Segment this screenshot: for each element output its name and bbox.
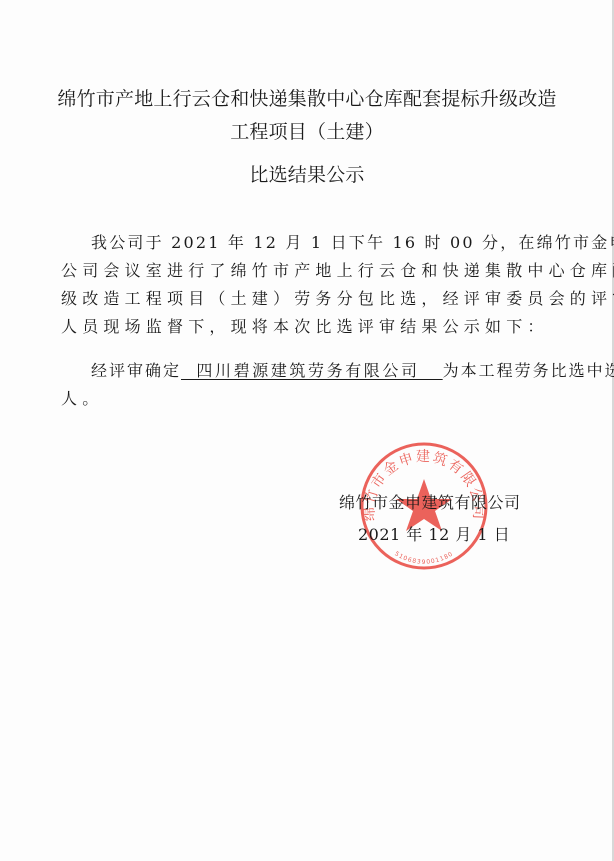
- result-prefix: 经评审确定: [91, 361, 181, 380]
- paragraph2-line1: 经评审确定 四川碧源建筑劳务有限公司 为本工程劳务比选中选: [91, 358, 577, 381]
- paragraph1-line1: 我公司于 2021 年 12 月 1 日下午 16 时 00 分，在绵竹市金申建…: [91, 230, 577, 253]
- signature-date: 2021 年 12 月 1 日: [358, 522, 510, 545]
- paragraph1-line4: 人员现场监督下，现将本次比选评审结果公示如下：: [61, 314, 547, 337]
- document-title-line2: 工程项目（土建）: [0, 117, 614, 144]
- winner-company: 四川碧源建筑劳务有限公司: [181, 361, 443, 380]
- paragraph1-line2: 公司会议室进行了绵竹市产地上行云仓和快递集散中心仓库配套提标升: [61, 258, 547, 281]
- document-subtitle: 比选结果公示: [0, 160, 614, 187]
- document-title-line1: 绵竹市产地上行云仓和快递集散中心仓库配套提标升级改造: [0, 84, 614, 111]
- paragraph2-line2: 人。: [61, 386, 547, 409]
- paragraph1-line3: 级改造工程项目（土建）劳务分包比选，经评审委员会的评审和有关监督: [61, 286, 547, 309]
- signature-company: 绵竹市金申建筑有限公司: [339, 490, 521, 513]
- result-suffix: 为本工程劳务比选中选: [443, 361, 614, 380]
